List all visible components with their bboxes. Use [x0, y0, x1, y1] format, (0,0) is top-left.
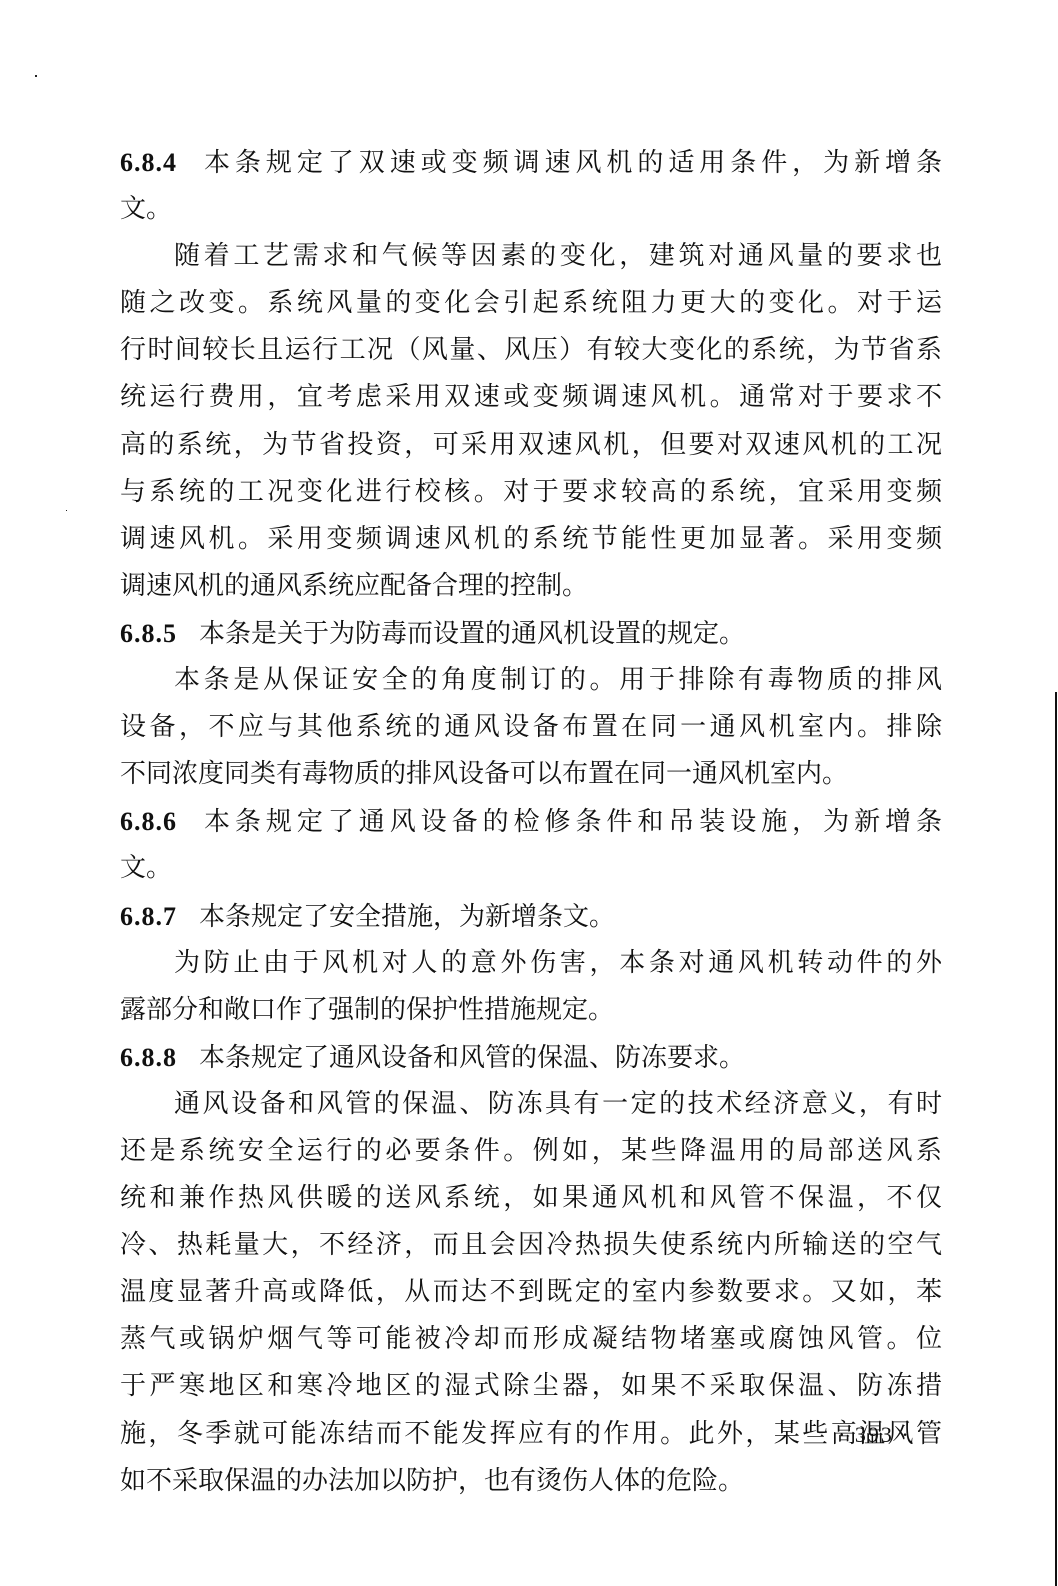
clause-number: 6.8.5 [120, 619, 177, 648]
line-text: 行时间较长且运行工况（风量、风压）有较大变化的系统，为节省系 [120, 335, 942, 365]
line-text: 施，冬季就可能冻结而不能发挥应有的作用。此外，某些高温风管 [120, 1419, 942, 1449]
page-number: · 393 · [838, 1422, 911, 1448]
clause-heading-line: 6.8.6本条规定了通风设备的检修条件和吊装设施，为新增条 [120, 798, 942, 845]
line-text: 于严寒地区和寒冷地区的湿式除尘器，如果不采取保温、防冻措 [120, 1371, 942, 1401]
line-text: 文。 [120, 194, 172, 224]
body-text: 6.8.4本条规定了双速或变频调速风机的适用条件，为新增条文。随着工艺需求和气候… [120, 139, 942, 1505]
clause-number: 6.8.8 [120, 1043, 177, 1072]
line-text: 本条是关于为防毒而设置的通风机设置的规定。 [199, 619, 745, 649]
line-text: 冷、热耗量大，不经济，而且会因冷热损失使系统内所输送的空气 [120, 1230, 942, 1260]
line-text: 本条规定了安全措施，为新增条文。 [199, 902, 615, 932]
line-text: 不同浓度同类有毒物质的排风设备可以布置在同一通风机室内。 [120, 759, 848, 789]
paragraph-line: 高的系统，为节省投资，可采用双速风机，但要对双速风机的工况 [120, 422, 942, 469]
paragraph-line: 行时间较长且运行工况（风量、风压）有较大变化的系统，为节省系 [120, 327, 942, 374]
clause-heading-line: 6.8.8本条规定了通风设备和风管的保温、防冻要求。 [120, 1034, 942, 1081]
line-text: 调速风机。采用变频调速风机的系统节能性更加显著。采用变频 [120, 524, 942, 554]
line-text: 通风设备和风管的保温、防冻具有一定的技术经济意义，有时 [174, 1089, 942, 1119]
paragraph-line: 为防止由于风机对人的意外伤害，本条对通风机转动件的外 [120, 940, 942, 987]
line-text: 统运行费用，宜考虑采用双速或变频调速风机。通常对于要求不 [120, 382, 942, 412]
line-text: 温度显著升高或降低，从而达不到既定的室内参数要求。又如，苯 [120, 1277, 942, 1307]
paragraph-line: 与系统的工况变化进行校核。对于要求较高的系统，宜采用变频 [120, 469, 942, 516]
line-text: 设备，不应与其他系统的通风设备布置在同一通风机室内。排除 [120, 712, 942, 742]
clause-number: 6.8.6 [120, 807, 177, 836]
paragraph-line: 统运行费用，宜考虑采用双速或变频调速风机。通常对于要求不 [120, 374, 942, 421]
paragraph-line: 文。 [120, 186, 942, 233]
line-text: 随着工艺需求和气候等因素的变化，建筑对通风量的要求也 [174, 241, 942, 271]
scan-speck [66, 510, 67, 511]
scan-speck [35, 75, 37, 77]
paragraph-line: 如不采取保温的办法加以防护，也有烫伤人体的危险。 [120, 1458, 942, 1505]
paragraph-line: 文。 [120, 845, 942, 892]
line-text: 为防止由于风机对人的意外伤害，本条对通风机转动件的外 [174, 948, 942, 978]
document-page: 6.8.4本条规定了双速或变频调速风机的适用条件，为新增条文。随着工艺需求和气候… [0, 0, 1058, 1586]
paragraph-line: 设备，不应与其他系统的通风设备布置在同一通风机室内。排除 [120, 704, 942, 751]
clause-number: 6.8.7 [120, 902, 177, 931]
paragraph-line: 统和兼作热风供暖的送风系统，如果通风机和风管不保温，不仅 [120, 1175, 942, 1222]
paragraph-line: 露部分和敞口作了强制的保护性措施规定。 [120, 987, 942, 1034]
paragraph-line: 冷、热耗量大，不经济，而且会因冷热损失使系统内所输送的空气 [120, 1222, 942, 1269]
clause-heading-line: 6.8.5本条是关于为防毒而设置的通风机设置的规定。 [120, 610, 942, 657]
line-text: 本条规定了通风设备和风管的保温、防冻要求。 [199, 1043, 745, 1073]
line-text: 如不采取保温的办法加以防护，也有烫伤人体的危险。 [120, 1466, 744, 1496]
clause-heading-line: 6.8.7本条规定了安全措施，为新增条文。 [120, 893, 942, 940]
paragraph-line: 随之改变。系统风量的变化会引起系统阻力更大的变化。对于运 [120, 280, 942, 327]
paragraph-line: 调速风机的通风系统应配备合理的控制。 [120, 563, 942, 610]
line-text: 调速风机的通风系统应配备合理的控制。 [120, 571, 588, 601]
paragraph-line: 随着工艺需求和气候等因素的变化，建筑对通风量的要求也 [120, 233, 942, 280]
line-text: 本条规定了双速或变频调速风机的适用条件，为新增条 [199, 148, 942, 178]
line-text: 本条规定了通风设备的检修条件和吊装设施，为新增条 [199, 807, 942, 837]
line-text: 随之改变。系统风量的变化会引起系统阻力更大的变化。对于运 [120, 288, 942, 318]
paragraph-line: 本条是从保证安全的角度制订的。用于排除有毒物质的排风 [120, 657, 942, 704]
paragraph-line: 于严寒地区和寒冷地区的湿式除尘器，如果不采取保温、防冻措 [120, 1363, 942, 1410]
clause-heading-line: 6.8.4本条规定了双速或变频调速风机的适用条件，为新增条 [120, 139, 942, 186]
line-text: 高的系统，为节省投资，可采用双速风机，但要对双速风机的工况 [120, 430, 942, 460]
paragraph-line: 蒸气或锅炉烟气等可能被冷却而形成凝结物堵塞或腐蚀风管。位 [120, 1316, 942, 1363]
line-text: 露部分和敞口作了强制的保护性措施规定。 [120, 995, 614, 1025]
line-text: 统和兼作热风供暖的送风系统，如果通风机和风管不保温，不仅 [120, 1183, 942, 1213]
paragraph-line: 通风设备和风管的保温、防冻具有一定的技术经济意义，有时 [120, 1081, 942, 1128]
paragraph-line: 不同浓度同类有毒物质的排风设备可以布置在同一通风机室内。 [120, 751, 942, 798]
line-text: 与系统的工况变化进行校核。对于要求较高的系统，宜采用变频 [120, 477, 942, 507]
line-text: 文。 [120, 853, 172, 883]
paragraph-line: 施，冬季就可能冻结而不能发挥应有的作用。此外，某些高温风管 [120, 1411, 942, 1458]
clause-number: 6.8.4 [120, 148, 177, 177]
paragraph-line: 温度显著升高或降低，从而达不到既定的室内参数要求。又如，苯 [120, 1269, 942, 1316]
line-text: 蒸气或锅炉烟气等可能被冷却而形成凝结物堵塞或腐蚀风管。位 [120, 1324, 942, 1354]
paragraph-line: 调速风机。采用变频调速风机的系统节能性更加显著。采用变频 [120, 516, 942, 563]
line-text: 本条是从保证安全的角度制订的。用于排除有毒物质的排风 [174, 665, 942, 695]
scan-border-line [1055, 692, 1057, 1586]
paragraph-line: 还是系统安全运行的必要条件。例如，某些降温用的局部送风系 [120, 1128, 942, 1175]
line-text: 还是系统安全运行的必要条件。例如，某些降温用的局部送风系 [120, 1136, 942, 1166]
